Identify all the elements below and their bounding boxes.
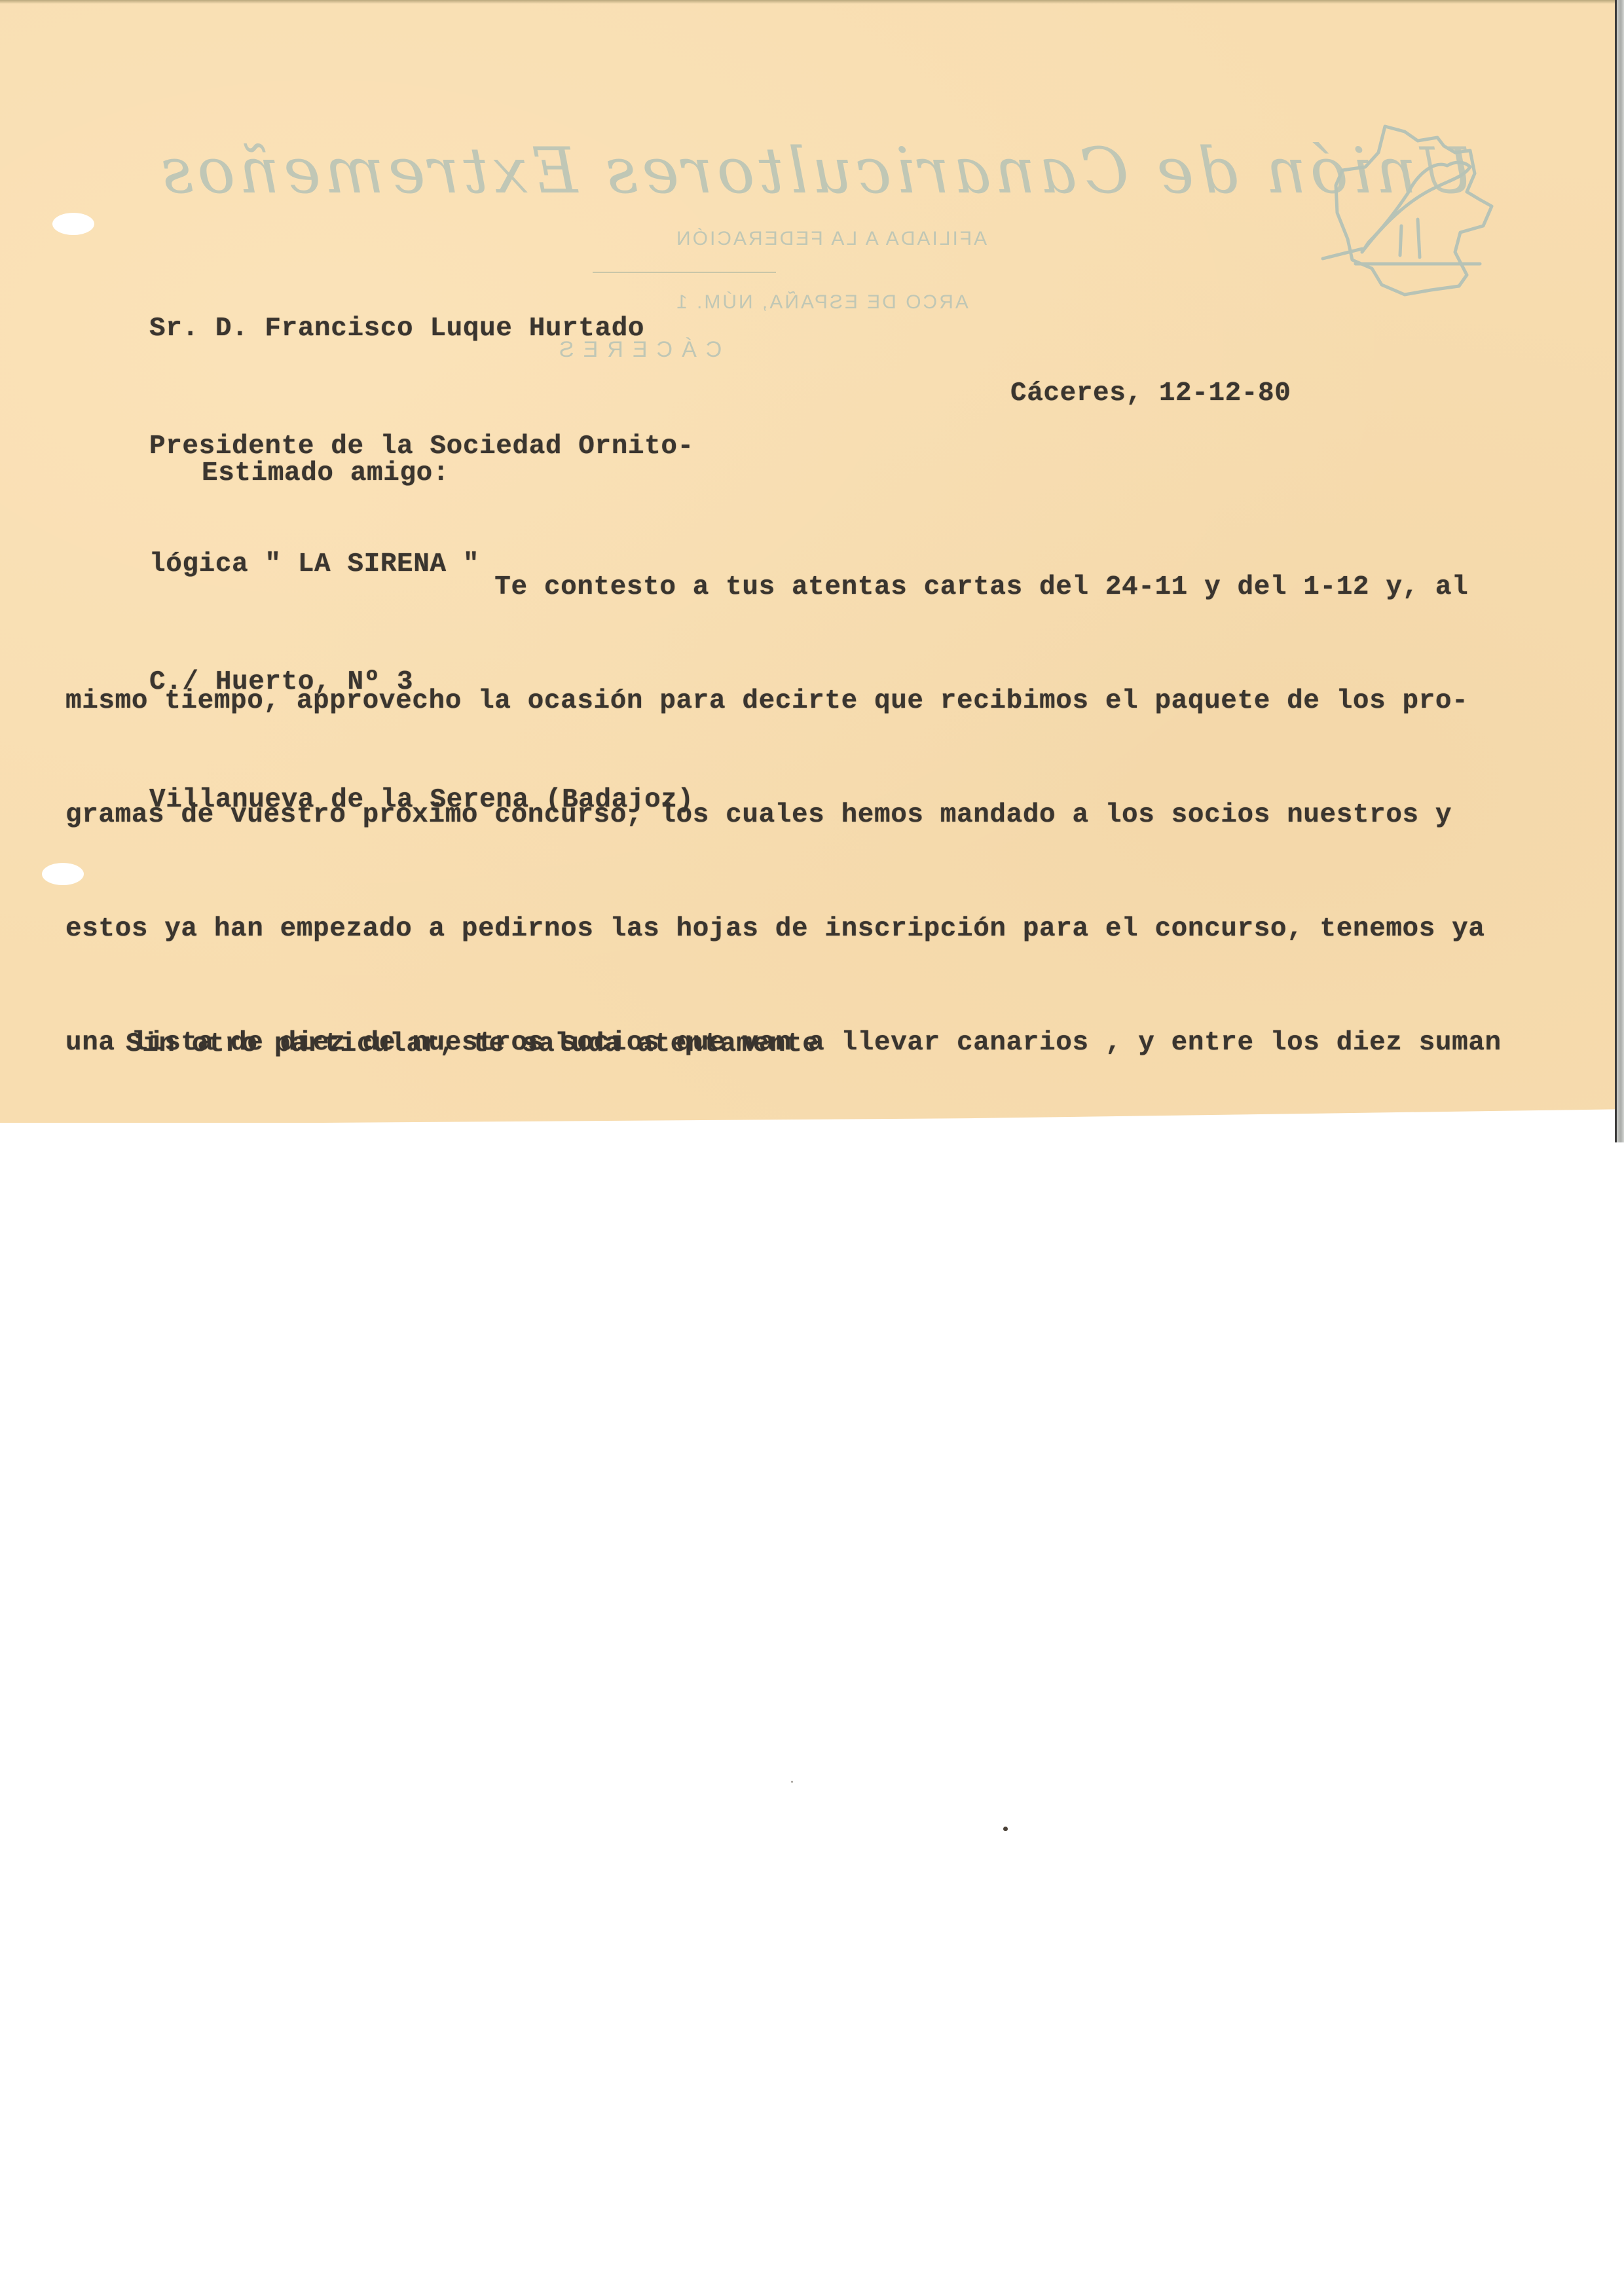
recipient-name: Sr. D. Francisco Luque Hurtado: [149, 309, 694, 348]
body-line: y junto con ellas los correspondientes c…: [65, 1935, 1502, 1973]
body-line: y los ejemplares que puedan aportar esto…: [65, 1252, 1502, 1290]
body-line: cerca de 50 pájaros más los socios que s…: [65, 1138, 1502, 1176]
letter-body: Te contesto a tus atentas cartas del 24-…: [65, 492, 1502, 2049]
letterhead-title-show-through: Unión de Canaricultores Extremeños: [157, 134, 1473, 208]
stray-speck: [791, 1781, 793, 1783]
stray-speck: [1003, 1827, 1008, 1831]
body-line: mismo tiempo, approvecho la ocasión para…: [65, 682, 1502, 720]
closing-line: Sin otro particular, te saluda atentamen…: [126, 1025, 819, 1063]
body-line: Te contesto a tus atentas cartas del 24-…: [65, 568, 1502, 606]
salutation: Estimado amigo:: [202, 454, 449, 492]
scanner-edge-strip: [1615, 0, 1624, 1142]
paper-top-edge: [0, 0, 1615, 4]
bird-on-branch-map-icon: [1283, 115, 1500, 304]
body-line: estos ya han empezado a pedirnos las hoj…: [65, 910, 1502, 948]
body-line: gramas de vuestro próximo concurso, los …: [65, 796, 1502, 834]
punch-hole-top: [52, 213, 94, 235]
punch-hole-bottom: [42, 863, 84, 885]
letter-paper: Unión de Canaricultores Extremeños AFILI…: [0, 0, 1615, 1123]
body-line: Nosotros calculamos que se podrán añadir…: [65, 1366, 1502, 1404]
body-line: es el de ahorraros tiempo a vosotros,y f…: [65, 1594, 1502, 1631]
letterhead-address-show-through: ARCO DE ESPAÑA, NÚM. 1: [674, 291, 969, 314]
body-line: no tenga que pasar los datos de unas hoj…: [65, 1821, 1502, 1859]
body-line: debidamente con el tiempo suficiente y q…: [65, 1707, 1502, 1745]
letterhead-affiliation-show-through: AFILIADA A LA FEDERACIÓN: [674, 228, 987, 250]
body-line: que nos envies unas 20 hojas de inscripc…: [65, 1480, 1502, 1518]
place-and-date: Cáceres, 12-12-80: [1010, 374, 1291, 412]
